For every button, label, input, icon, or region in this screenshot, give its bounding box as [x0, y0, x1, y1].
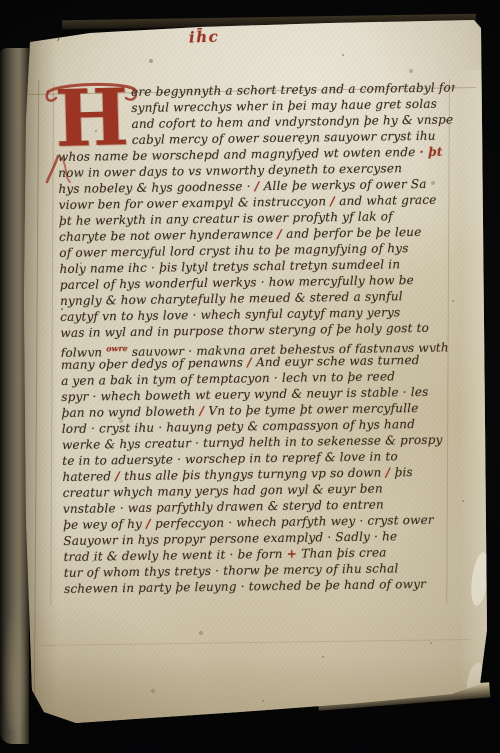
rubric-segment: / — [146, 517, 155, 531]
text-segment: Vn to þe tyme þt ower mercyfulle — [208, 401, 418, 418]
bottom-edge-shading — [28, 655, 486, 725]
text-segment: Than þis crea — [301, 545, 386, 560]
rubric-segment: · þt — [419, 145, 442, 159]
rubric-segment: / — [247, 355, 256, 369]
text-segment: hys nobeley & hys goodnesse · — [58, 179, 254, 196]
rubric-segment: / — [115, 469, 124, 483]
rubric-segment: / — [255, 179, 264, 193]
rubric-segment: / — [330, 194, 339, 208]
text-segment: hatered — [62, 469, 115, 484]
christogram-rubric: ih̄c — [189, 27, 220, 46]
rubric-segment: owre — [106, 343, 128, 353]
text-segment: and what grace — [339, 193, 437, 208]
folio-number: 7 — [54, 30, 63, 45]
parchment-page: 7 ih̄c H ere begynnyth a schort tretys a… — [0, 0, 500, 753]
text-segment: and þerfor be þe leue — [286, 225, 421, 241]
text-segment: þis — [394, 465, 412, 479]
text-segment: Alle þe werkys of ower Sa — [264, 177, 427, 193]
manuscript-photo: 7 ih̄c H ere begynnyth a schort tretys a… — [0, 0, 500, 753]
parchment-speckles — [0, 0, 2, 2]
text-segment: þe wey of hy — [63, 517, 146, 532]
text-segment: folwyn — [61, 345, 107, 357]
text-segment: þan no wynd bloweth — [61, 404, 199, 420]
binding-foot-highlight — [2, 600, 28, 730]
text-segment: many oþer dedys of penawns — [61, 355, 247, 372]
text-block: ere begynnyth a schort tretys and a comf… — [57, 79, 462, 597]
rubric-segment: / — [385, 465, 394, 479]
rubric-segment: / — [199, 404, 208, 418]
rubric-segment: + — [287, 547, 302, 561]
rubric-segment: / — [277, 227, 286, 241]
text-segment: And euyr sche was turned — [256, 353, 420, 369]
